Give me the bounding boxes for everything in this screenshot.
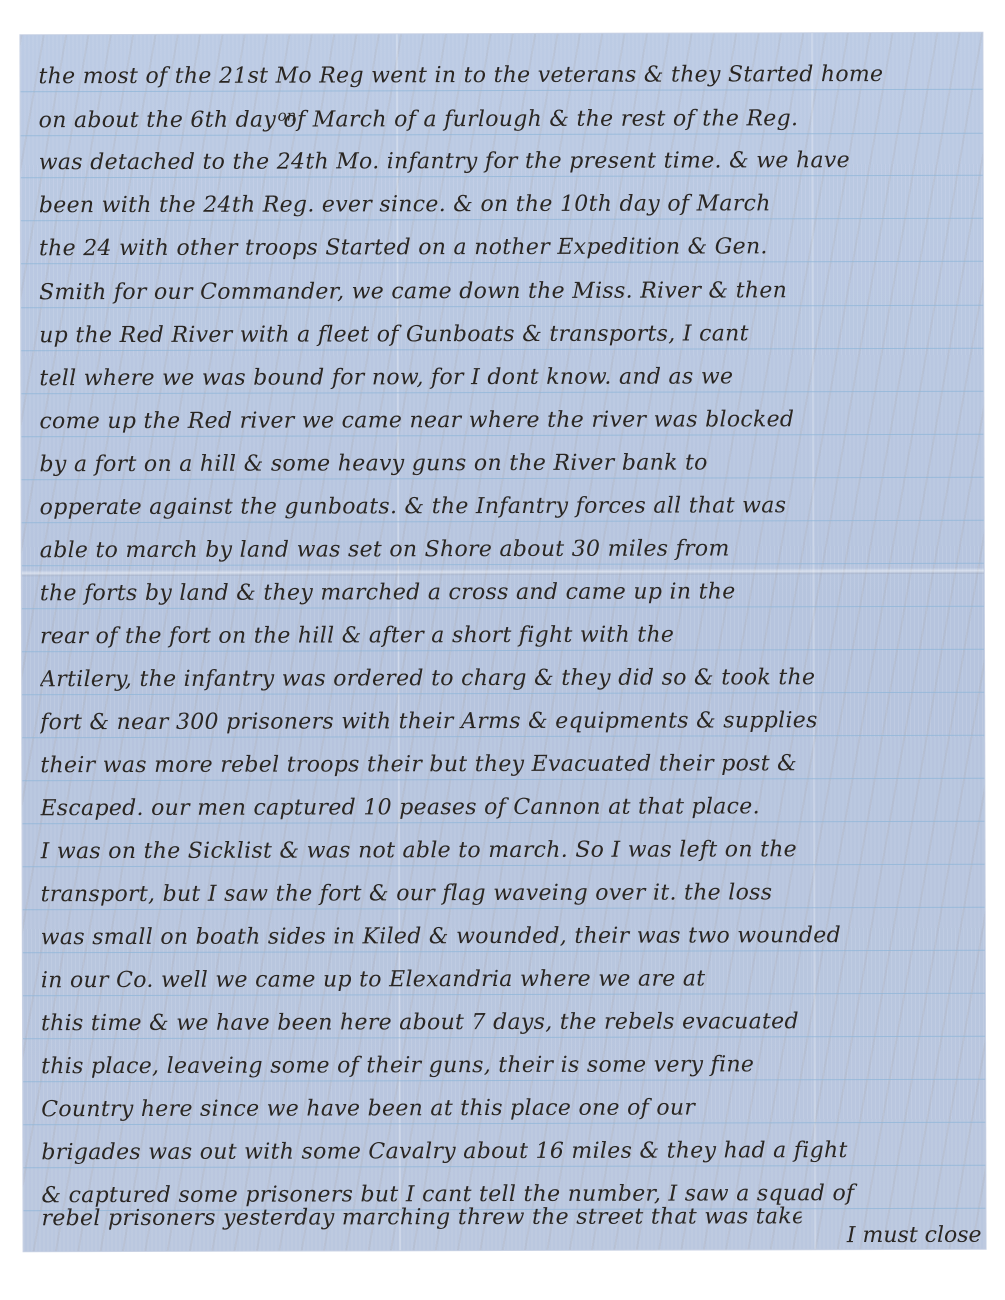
letter-line: the 24 with other troops Started on a no… — [39, 227, 974, 269]
letter-line: was detached to the 24th Mo. infantry fo… — [39, 141, 974, 183]
letter-line: Smith for our Commander, we came down th… — [39, 271, 974, 313]
letter-line: by a fort on a hill & some heavy guns on… — [39, 443, 974, 485]
letter-line: the forts by land & they marched a cross… — [40, 572, 975, 614]
letter-page: the most of the 21st Mo Reg went in to t… — [20, 33, 985, 1252]
letter-line: was small on boath sides in Kiled & woun… — [41, 916, 976, 958]
letter-line: tell where we was bound for now, for I d… — [39, 357, 974, 399]
letter-line: rebel prisoners yesterday marching threw… — [41, 1197, 801, 1239]
letter-line: Country here since we have been at this … — [41, 1088, 976, 1130]
letter-line: in our Co. well we came up to Elexandria… — [41, 959, 976, 1001]
letter-line: up the Red River with a fleet of Gunboat… — [39, 314, 974, 356]
letter-line: I was on the Sicklist & was not able to … — [40, 830, 975, 872]
closing-text: I must close — [847, 1223, 982, 1248]
letter-line: transport, but I saw the fort & our flag… — [41, 873, 976, 915]
letter-line: able to march by land was set on Shore a… — [40, 529, 975, 571]
letter-line: their was more rebel troops their but th… — [40, 744, 975, 786]
letter-line: brigades was out with some Cavalry about… — [41, 1131, 976, 1173]
letter-line: the most of the 21st Mo Reg went in to t… — [38, 55, 973, 97]
letter-line: opperate against the gunboats. & the Inf… — [40, 486, 975, 528]
letter-line: this time & we have been here about 7 da… — [41, 1002, 976, 1044]
letter-line: this place, leaveing some of their guns,… — [41, 1045, 976, 1087]
letter-line: Artilery, the infantry was ordered to ch… — [40, 658, 975, 700]
letter-line: been with the 24th Reg. ever since. & on… — [39, 184, 974, 226]
letter-line: come up the Red river we came near where… — [39, 400, 974, 442]
letter-line: fort & near 300 prisoners with their Arm… — [40, 701, 975, 743]
letter-line: rear of the fort on the hill & after a s… — [40, 615, 975, 657]
letter-line: Escaped. our men captured 10 peases of C… — [40, 787, 975, 829]
letter-line: on about the 6th day of March of a furlo… — [39, 99, 974, 141]
